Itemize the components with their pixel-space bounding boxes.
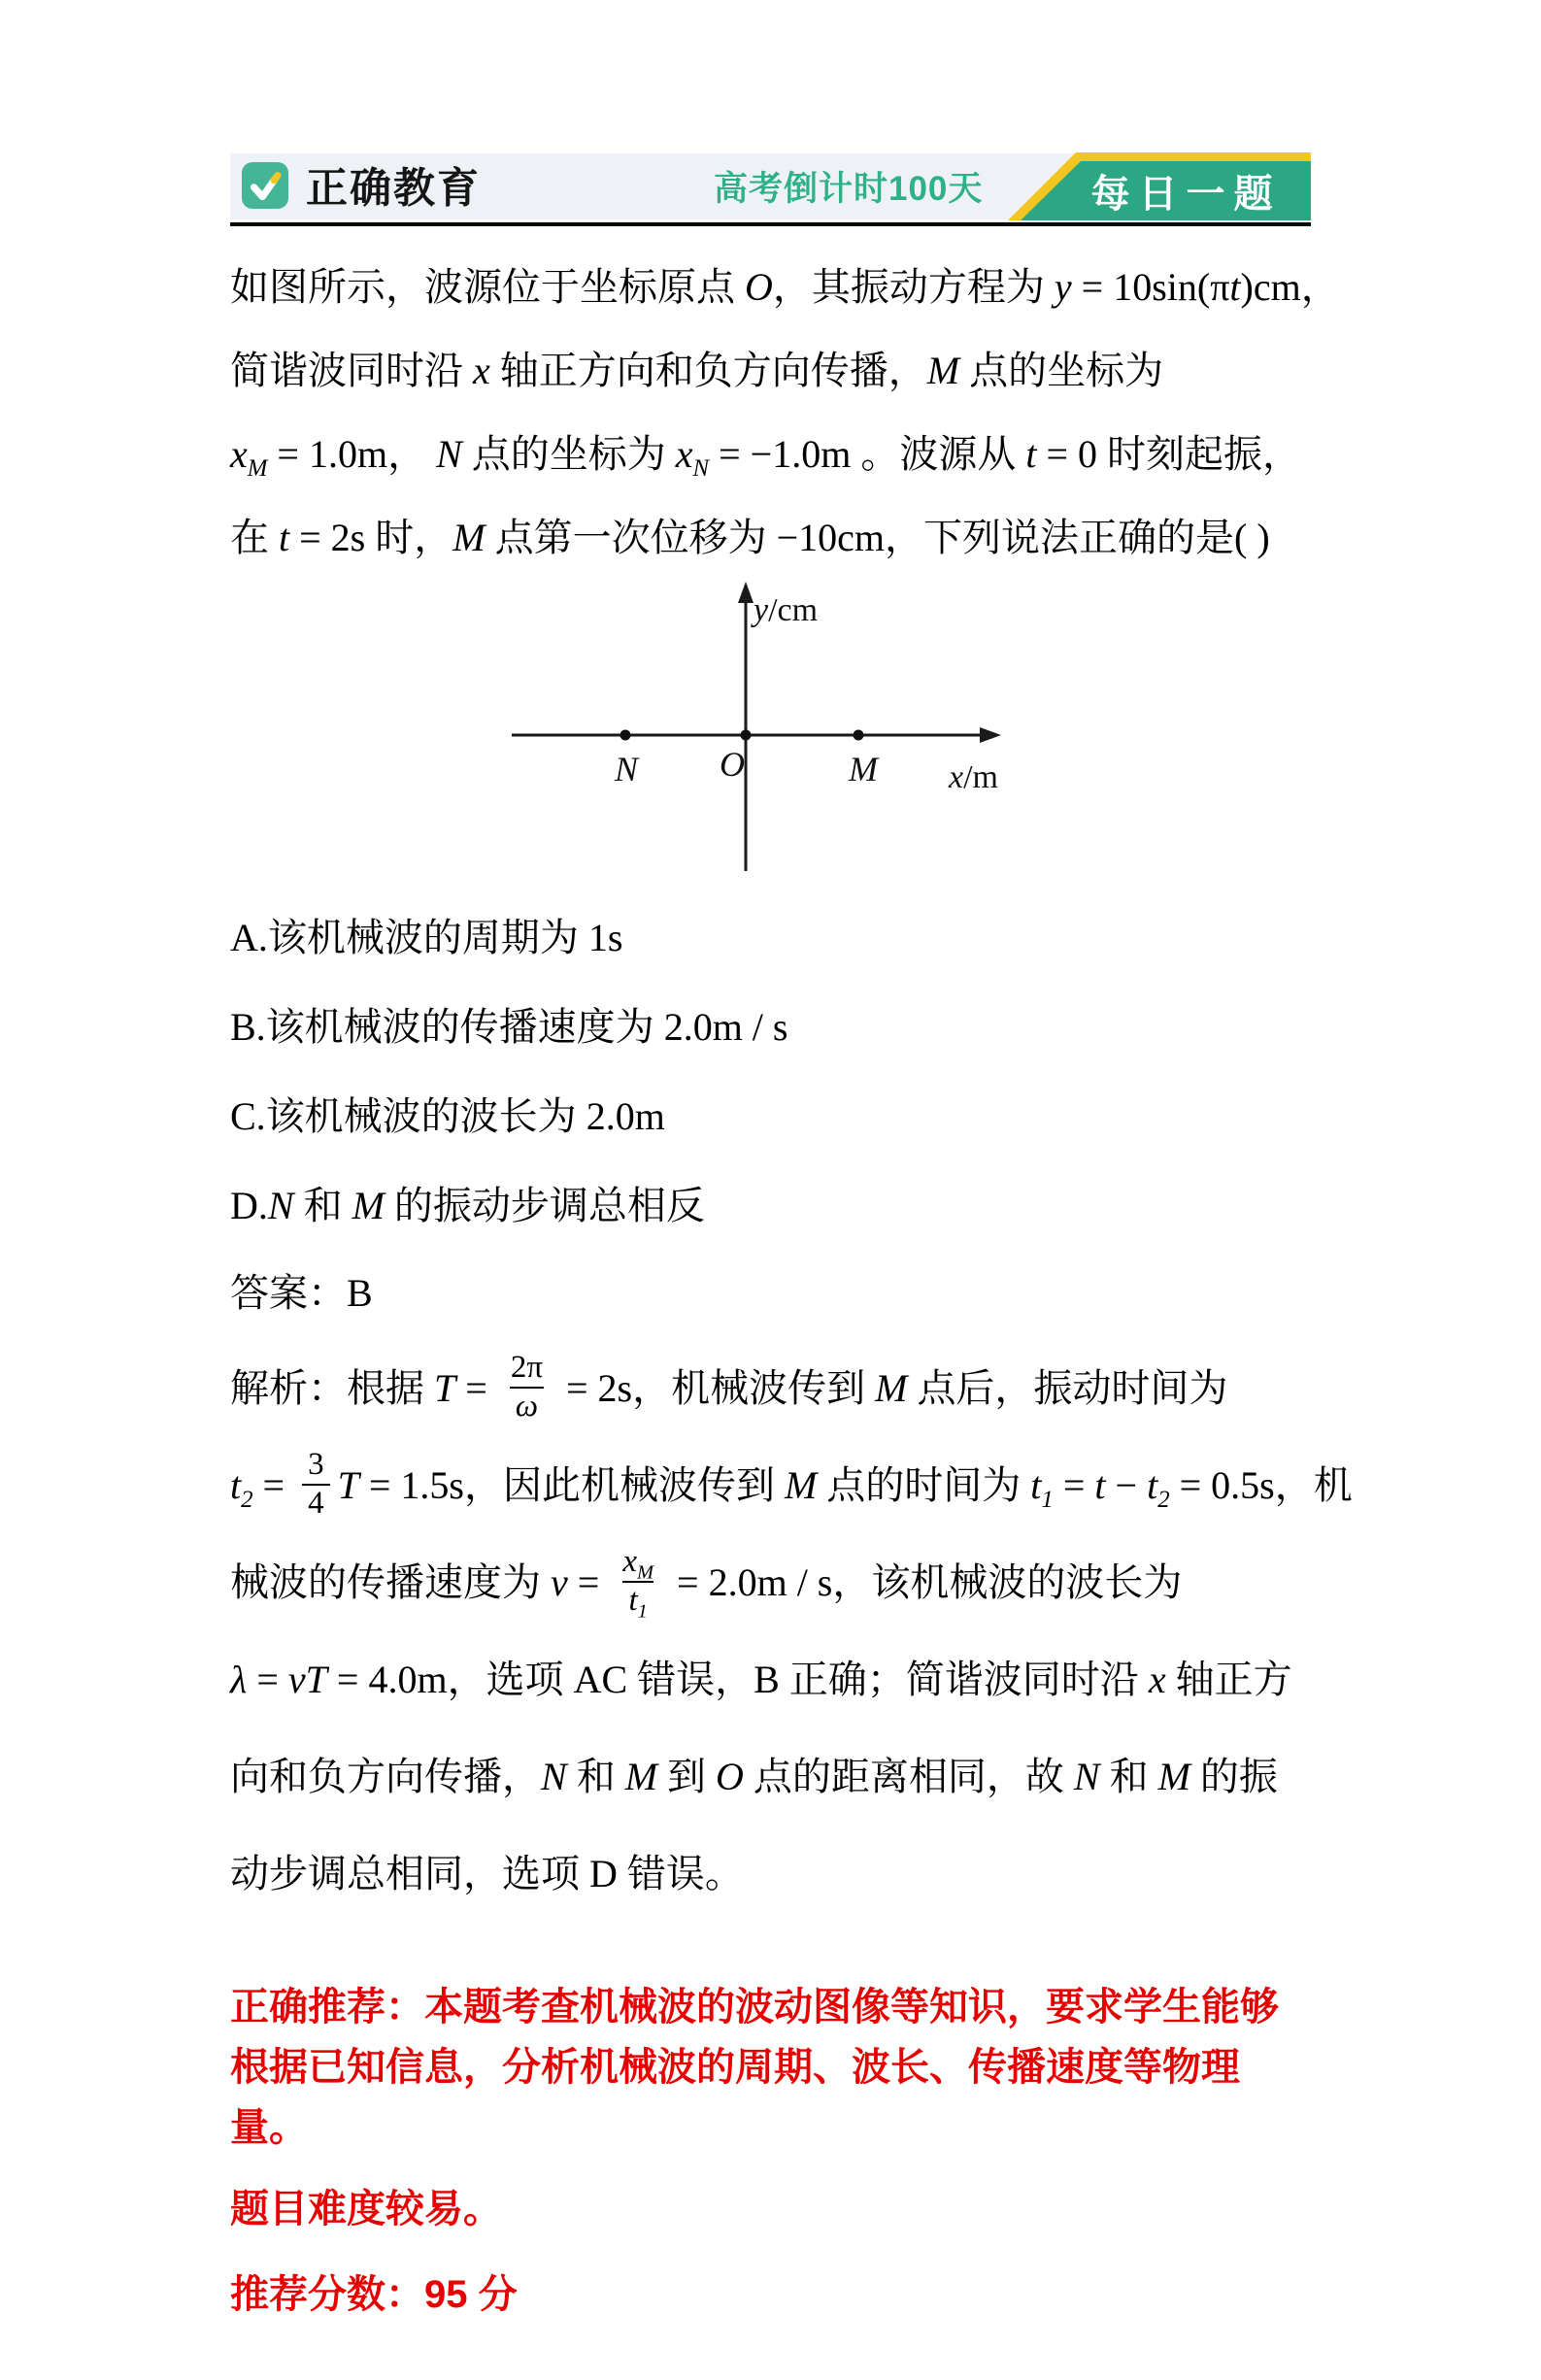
option-b: B.该机械波的传播速度为 2.0m / s — [230, 983, 1311, 1072]
problem-line: 在 t = 2s 时，M 点第一次位移为 −10cm，下列说法正确的是( ) — [230, 496, 1311, 580]
origin-label: O — [720, 745, 745, 784]
recommendation-text: 根据已知信息，分析机械波的周期、波长、传播速度等物理量。 — [230, 2037, 1311, 2158]
header-divider-rule — [230, 222, 1311, 226]
y-axis-label: y/cm — [751, 592, 818, 628]
daily-question-ribbon: 每日一题 — [1008, 152, 1311, 220]
ribbon-green-body: 每日一题 — [1008, 161, 1311, 220]
x-axis-arrowhead — [980, 727, 1001, 743]
explanation-line: 动步调总相同，选项 D 错误。 — [230, 1826, 1311, 1923]
problem-statement: 如图所示，波源位于坐标原点 O，其振动方程为 y = 10sin(πt)cm， … — [230, 246, 1311, 580]
difficulty-note: 题目难度较易。 — [230, 2179, 1311, 2239]
wave-coordinate-diagram: N O M x/m y/cm — [230, 580, 1311, 876]
recommended-score: 推荐分数：95 分 — [230, 2264, 1311, 2325]
explanation-line: 械波的传播速度为 v = xMt1 = 2.0m / s，该机械波的波长为 — [230, 1534, 1311, 1631]
problem-line: 如图所示，波源位于坐标原点 O，其振动方程为 y = 10sin(πt)cm， — [230, 246, 1311, 329]
option-d: D.N 和 M 的振动步调总相反 — [230, 1161, 1311, 1251]
origin-dot — [741, 730, 752, 741]
checkmark-icon — [242, 162, 288, 209]
daily-question-badge: 每日一题 — [1038, 163, 1282, 218]
answer-line: 答案：B — [230, 1264, 1311, 1323]
brand-name: 正确教育 — [306, 155, 481, 215]
explanation-line: λ = vT = 4.0m，选项 AC 错误，B 正确；简谐波同时沿 x 轴正方 — [230, 1631, 1311, 1728]
recommendation-text: 正确推荐：本题考查机械波的波动图像等知识，要求学生能够 — [230, 1977, 1311, 2037]
recommendation-section: 正确推荐：本题考查机械波的波动图像等知识，要求学生能够 根据已知信息，分析机械波… — [230, 1977, 1311, 2325]
point-n-label: N — [614, 750, 640, 788]
point-m-label: M — [848, 750, 880, 788]
answer-options: A.该机械波的周期为 1s B.该机械波的传播速度为 2.0m / s C.该机… — [230, 893, 1311, 1251]
header-banner: 正确教育 高考倒计时100天 每日一题 — [230, 153, 1311, 219]
explanation-line: 向和负方向传播，N 和 M 到 O 点的距离相同，故 N 和 M 的振 — [230, 1728, 1311, 1826]
problem-line: 简谐波同时沿 x 轴正方向和负方向传播，M 点的坐标为 — [230, 329, 1311, 413]
explanation-line: t2 = 34T = 1.5s，因此机械波传到 M 点的时间为 t1 = t −… — [230, 1437, 1311, 1534]
point-n-dot — [620, 730, 631, 741]
y-axis-arrowhead — [738, 582, 754, 603]
option-c: C.该机械波的波长为 2.0m — [230, 1072, 1311, 1161]
explanation-section: 解析：根据 T = 2πω = 2s，机械波传到 M 点后，振动时间为 t2 =… — [230, 1340, 1311, 1923]
point-m-dot — [854, 730, 864, 741]
option-a: A.该机械波的周期为 1s — [230, 893, 1311, 983]
problem-line: xM = 1.0m， N 点的坐标为 xN = −1.0m 。波源从 t = 0… — [230, 413, 1311, 496]
page-content: 正确教育 高考倒计时100天 每日一题 如图所示，波源位于坐标原点 O，其振动方… — [230, 153, 1311, 2325]
brand-logo — [242, 162, 288, 209]
axes-figure: N O M x/m y/cm — [510, 580, 1054, 876]
explanation-line: 解析：根据 T = 2πω = 2s，机械波传到 M 点后，振动时间为 — [230, 1340, 1311, 1437]
x-axis-label: x/m — [948, 759, 998, 795]
gaokao-countdown-text: 高考倒计时100天 — [714, 162, 983, 211]
